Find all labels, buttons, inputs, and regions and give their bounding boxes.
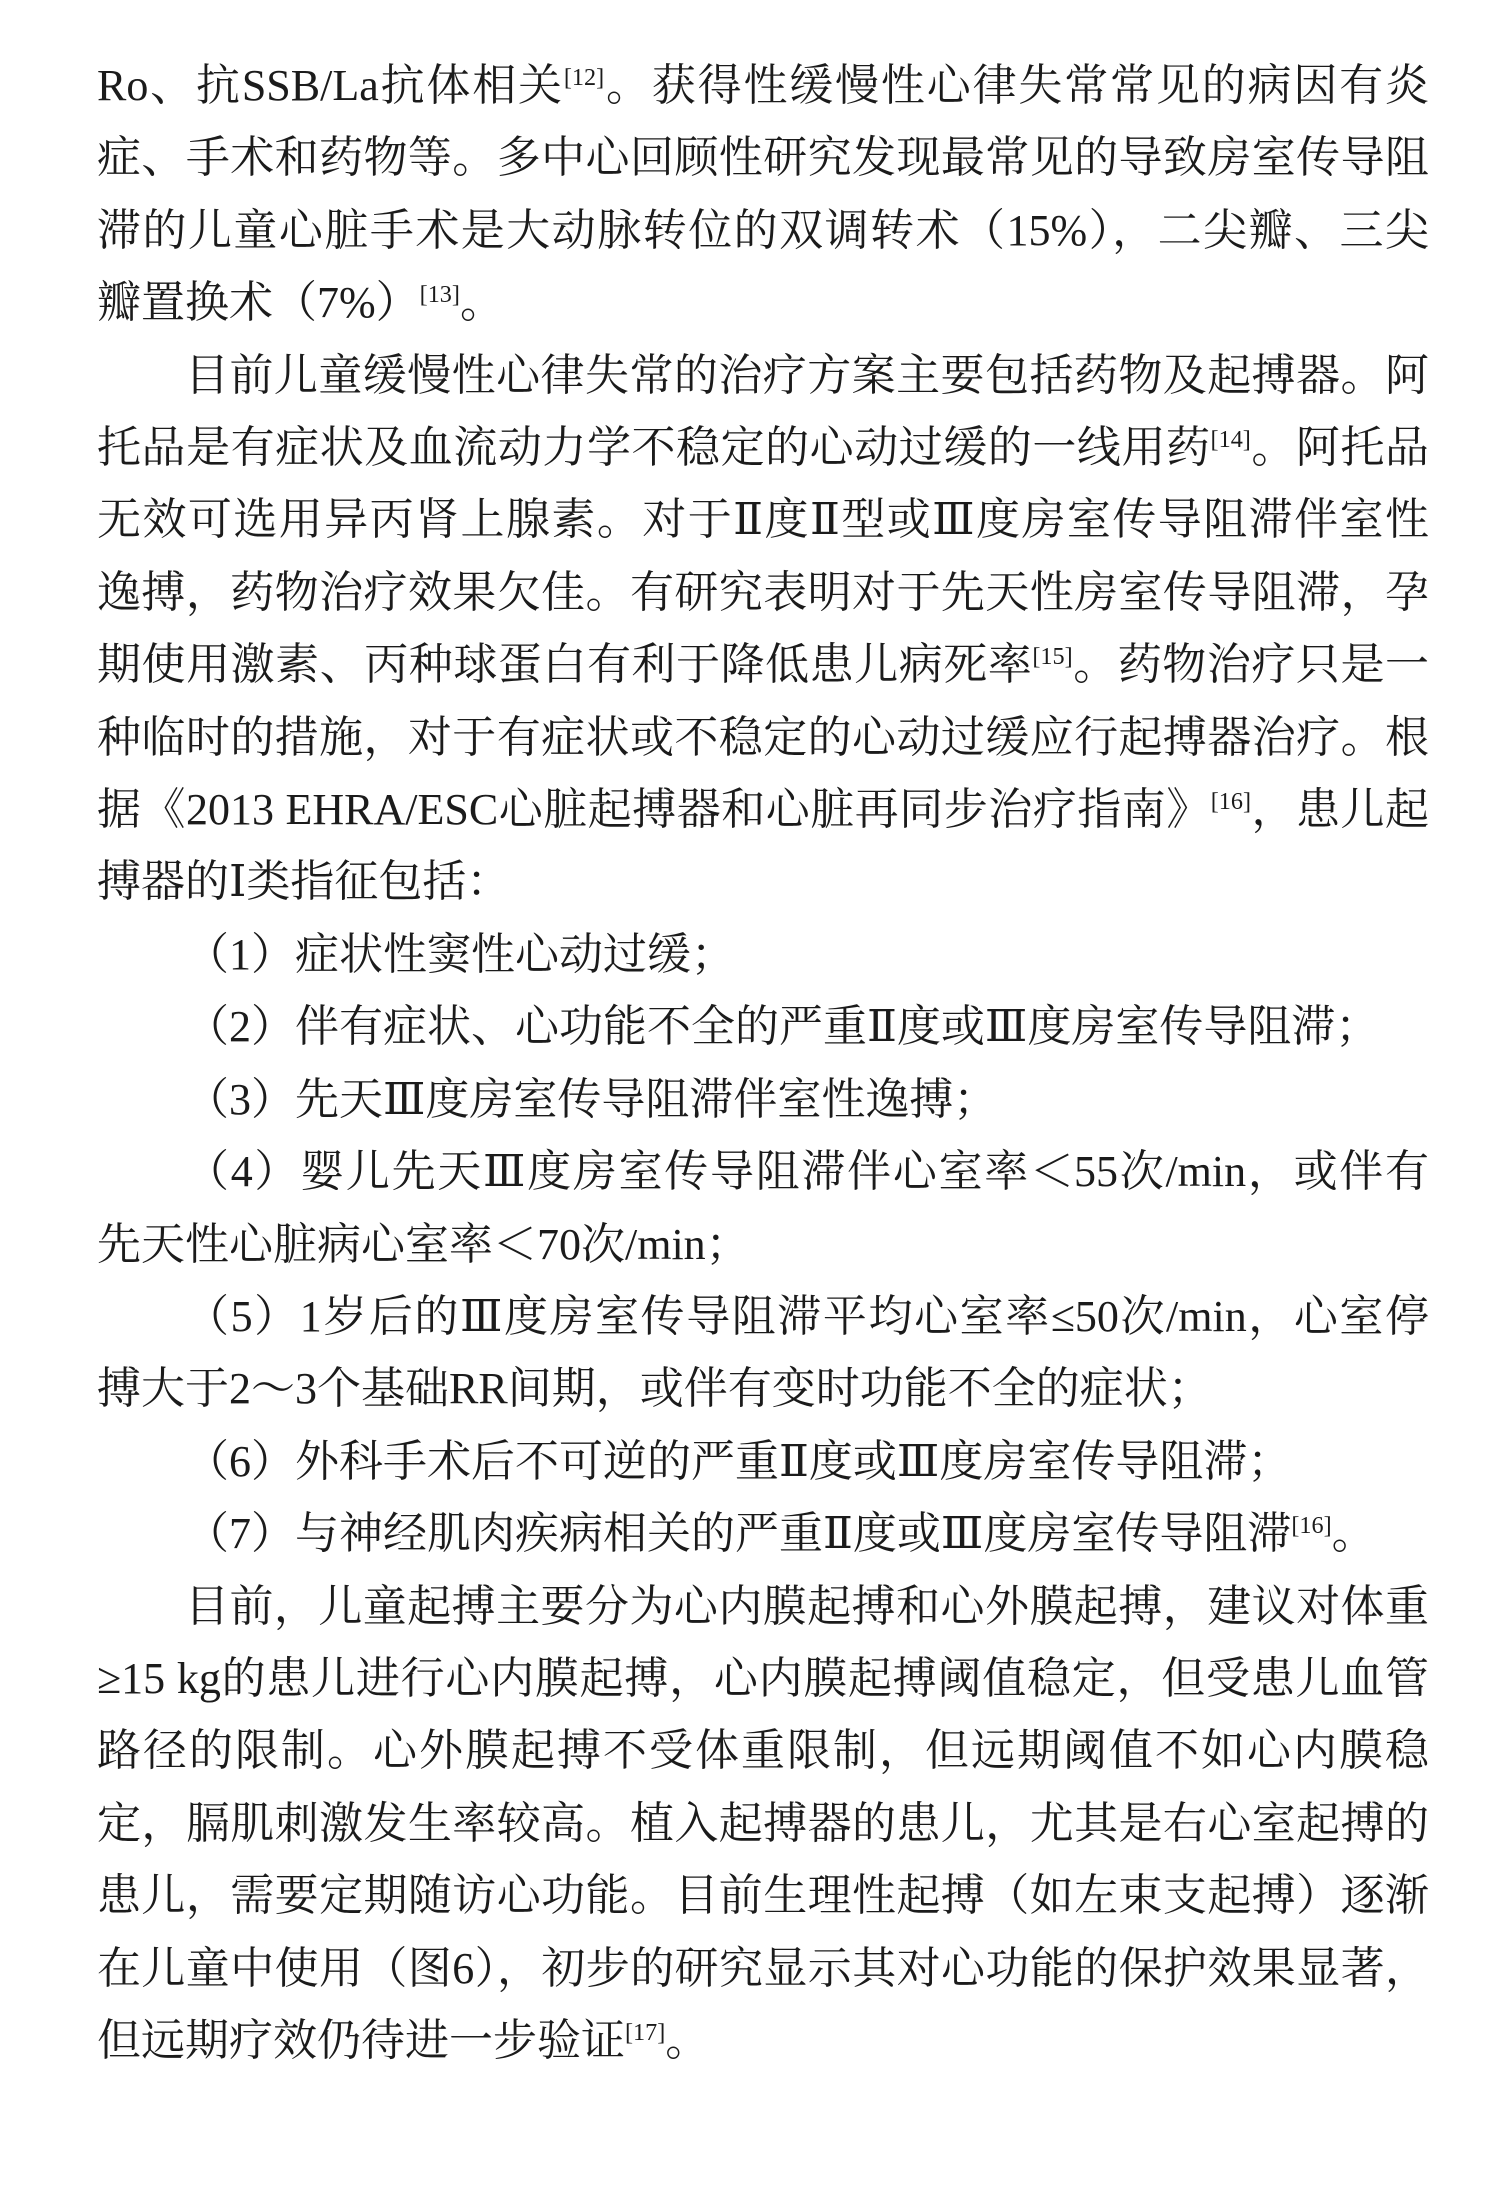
reference-marker: [15] [1032,643,1072,670]
paragraph: （6）外科手术后不可逆的严重Ⅱ度或Ⅲ度房室传导阻滞； [97,1426,1429,1498]
paragraph: 目前儿童缓慢性心律失常的治疗方案主要包括药物及起搏器。阿托品是有症状及血流动力学… [97,340,1429,919]
reference-marker: [13] [420,281,460,308]
paragraph: （5）1岁后的Ⅲ度房室传导阻滞平均心室率≤50次/min，心室停搏大于2～3个基… [97,1281,1429,1426]
paragraph: （1）症状性窦性心动过缓； [97,919,1429,991]
reference-marker: [16] [1211,788,1251,815]
paragraph: （2）伴有症状、心功能不全的严重Ⅱ度或Ⅲ度房室传导阻滞； [97,991,1429,1063]
paragraph: 目前，儿童起搏主要分为心内膜起搏和心外膜起搏，建议对体重≥15 kg的患儿进行心… [97,1571,1429,2078]
reference-marker: [14] [1211,426,1251,453]
page: Ro、抗SSB/La抗体相关[12]。获得性缓慢性心律失常常见的病因有炎症、手术… [0,0,1496,2196]
reference-marker: [12] [564,64,604,91]
reference-marker: [17] [625,2019,665,2046]
document-body: Ro、抗SSB/La抗体相关[12]。获得性缓慢性心律失常常见的病因有炎症、手术… [97,50,1429,2077]
reference-marker: [16] [1291,1512,1331,1539]
paragraph: （3）先天Ⅲ度房室传导阻滞伴室性逸搏； [97,1064,1429,1136]
paragraph: （4）婴儿先天Ⅲ度房室传导阻滞伴心室率＜55次/min，或伴有先天性心脏病心室率… [97,1136,1429,1281]
paragraph: （7）与神经肌肉疾病相关的严重Ⅱ度或Ⅲ度房室传导阻滞[16]。 [97,1498,1429,1570]
paragraph: Ro、抗SSB/La抗体相关[12]。获得性缓慢性心律失常常见的病因有炎症、手术… [97,50,1429,340]
